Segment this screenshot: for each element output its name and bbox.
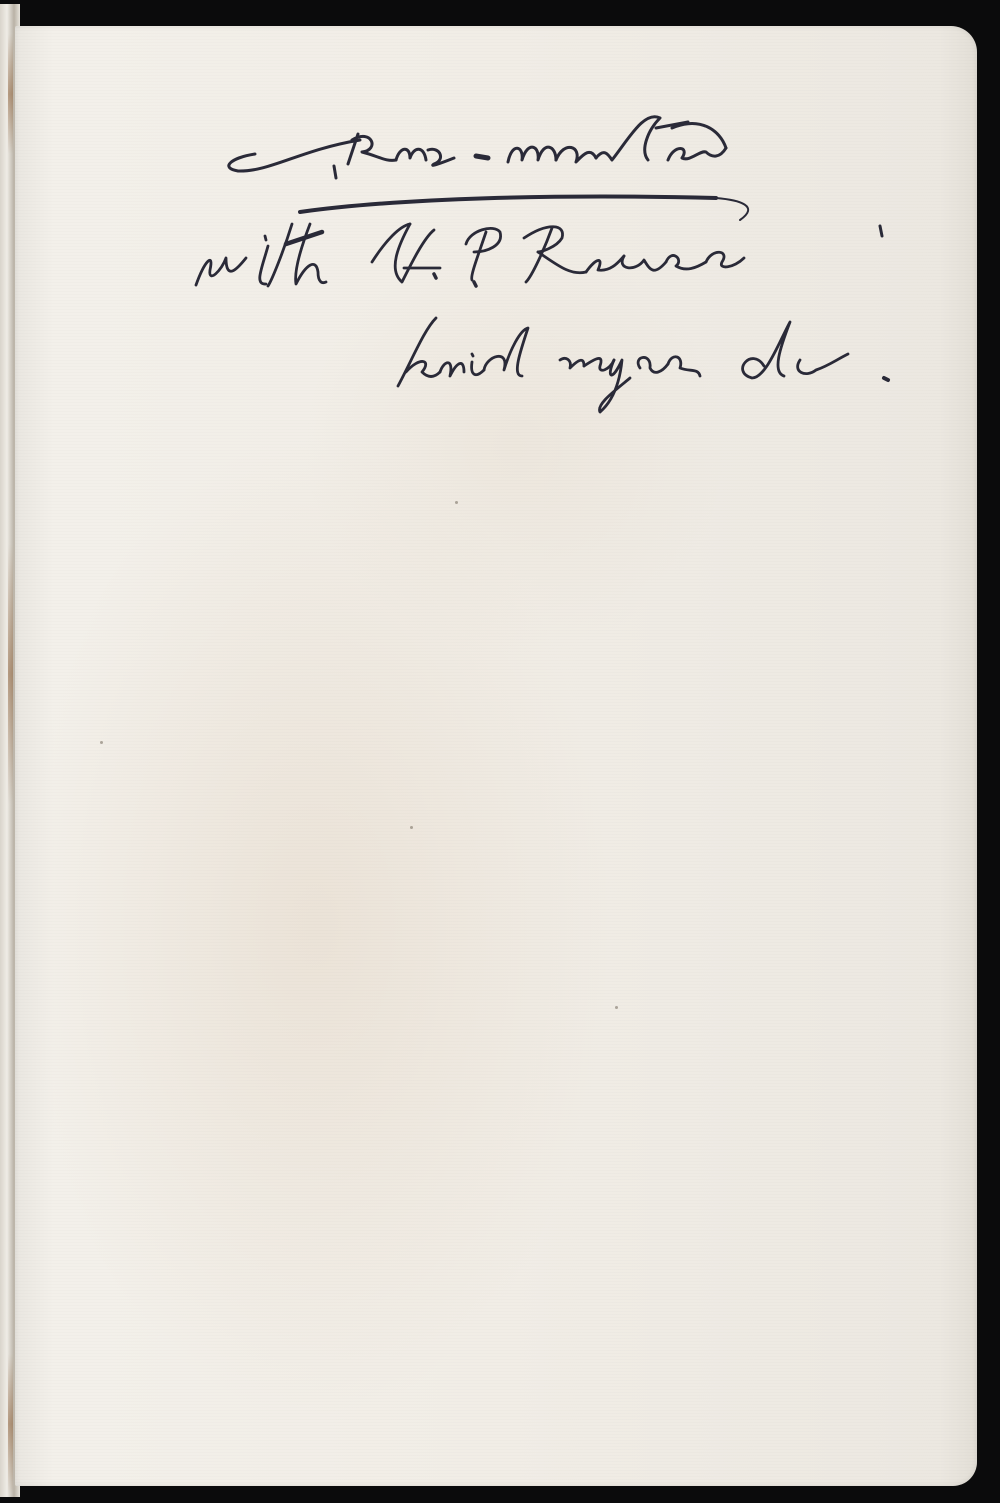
scan-canvas: A. Rous-Marten with W. P. Reeves' kind r… [0, 0, 1000, 1503]
handwritten-inscription [0, 0, 1000, 1503]
signature-underline [300, 197, 716, 212]
